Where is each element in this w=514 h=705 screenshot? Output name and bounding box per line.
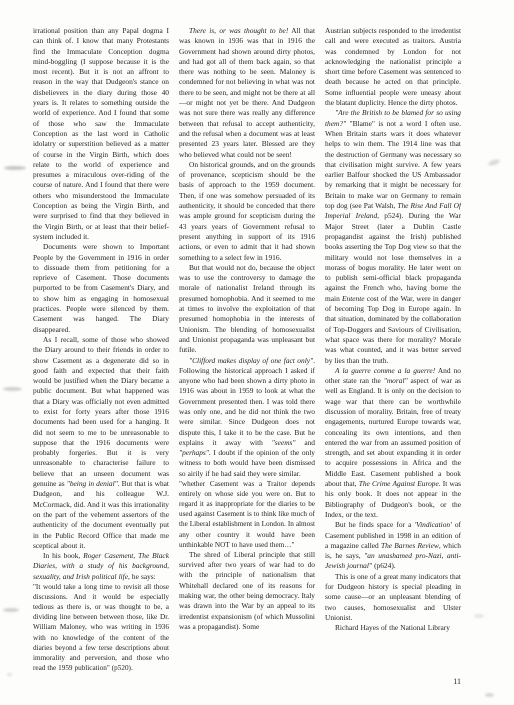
italic-text-run: "being in denial" (67, 479, 118, 488)
text-run: cost of the War, were in danger of becom… (325, 294, 461, 365)
paragraph: But he finds space for a 'Vindication' o… (325, 520, 461, 571)
paragraph: "Clifford makes display of one fact only… (179, 356, 315, 480)
text-run: As I recall, some of those who showed th… (33, 335, 169, 488)
text-run: "Blame" is not a word I often use. When … (325, 119, 461, 210)
scan-smudge (488, 158, 501, 166)
italic-text-run: "moral" (384, 376, 408, 385)
paragraph: A la guerre comme a la guerre! And no ot… (325, 366, 461, 520)
scan-smudge (4, 166, 26, 170)
scan-smudge (3, 387, 22, 391)
text-run: "It would take a long time to revisit al… (33, 583, 169, 672)
text-column: Austrian subjects responded to the irred… (325, 26, 461, 682)
text-run: irrational position than any Papal dogma… (33, 26, 169, 241)
paragraph: There is, or was thought to be! All that… (179, 26, 315, 160)
text-run: and (296, 438, 315, 447)
paragraph: As I recall, some of those who showed th… (33, 335, 169, 551)
paragraph: In his book, Roger Casement, The Black D… (33, 551, 169, 582)
italic-text-run: The Crime Against Europe (359, 479, 439, 488)
text-run: On historical grounds, and on the ground… (179, 160, 315, 262)
scan-smudge (7, 673, 12, 676)
article-columns: irrational position than any Papal dogma… (33, 26, 461, 682)
text-run: aspect of war as well as England. It is … (325, 376, 461, 488)
paragraph: irrational position than any Papal dogma… (33, 26, 169, 242)
text-run: Richard Hayes of the National Library (335, 623, 450, 632)
block-quote: "It would take a long time to revisit al… (33, 582, 169, 673)
paragraph: This is one of a great many indicators t… (325, 572, 461, 623)
text-run: (p624). (372, 561, 396, 570)
scan-smudge (485, 693, 494, 697)
text-column: irrational position than any Papal dogma… (33, 26, 169, 682)
italic-text-run: The Barnes Review (381, 541, 439, 550)
paragraph: "Are the British to be blamed for so usi… (325, 108, 461, 365)
italic-text-run: A la guerre comme a la guerre! (335, 366, 435, 375)
scan-smudge (3, 608, 19, 612)
italic-text-run: "seems" (272, 438, 296, 447)
scanned-document-page: irrational position than any Papal dogma… (0, 0, 514, 705)
italic-text-run: 'Vindication' (415, 520, 452, 529)
italic-text-run: Entente (342, 294, 365, 303)
text-run: All that was known in 1936 was that in 1… (179, 26, 315, 159)
text-run: . But that is what Dudgeon, and his coll… (33, 479, 169, 550)
paragraph: Richard Hayes of the National Library (325, 623, 461, 633)
text-run: But he finds space for a (335, 520, 415, 529)
italic-text-run: "Clifford makes display of one fact only… (189, 356, 313, 365)
paragraph: But that would not do, because the objec… (179, 263, 315, 356)
text-run: The shred of Liberal principle that stil… (179, 550, 315, 631)
text-run: Austrian subjects responded to the irred… (325, 26, 461, 107)
paragraph: On historical grounds, and on the ground… (179, 160, 315, 263)
text-run: "whether Casement was a Traitor depends … (179, 480, 315, 549)
page-number: 11 (325, 677, 461, 686)
text-run: , he says: (128, 572, 156, 581)
paragraph: Documents were shown to Important People… (33, 242, 169, 335)
text-run: This is one of a great many indicators t… (325, 572, 461, 622)
scan-smudge (474, 614, 484, 618)
text-run: . Following the historical approach I as… (179, 356, 315, 447)
block-quote: "whether Casement was a Traitor depends … (179, 479, 315, 550)
text-run: , p524). During the War Major Street (la… (325, 211, 461, 302)
paragraph: The shred of Liberal principle that stil… (179, 550, 315, 632)
paragraph: Austrian subjects responded to the irred… (325, 26, 461, 108)
text-run: In his book, (43, 551, 83, 560)
text-column: There is, or was thought to be! All that… (179, 26, 315, 682)
text-run: Documents were shown to Important People… (33, 242, 169, 333)
text-run: But that would not do, because the objec… (179, 263, 315, 354)
italic-text-run: "perhaps" (179, 448, 209, 457)
italic-text-run: There is, or was thought to be! (189, 26, 288, 35)
